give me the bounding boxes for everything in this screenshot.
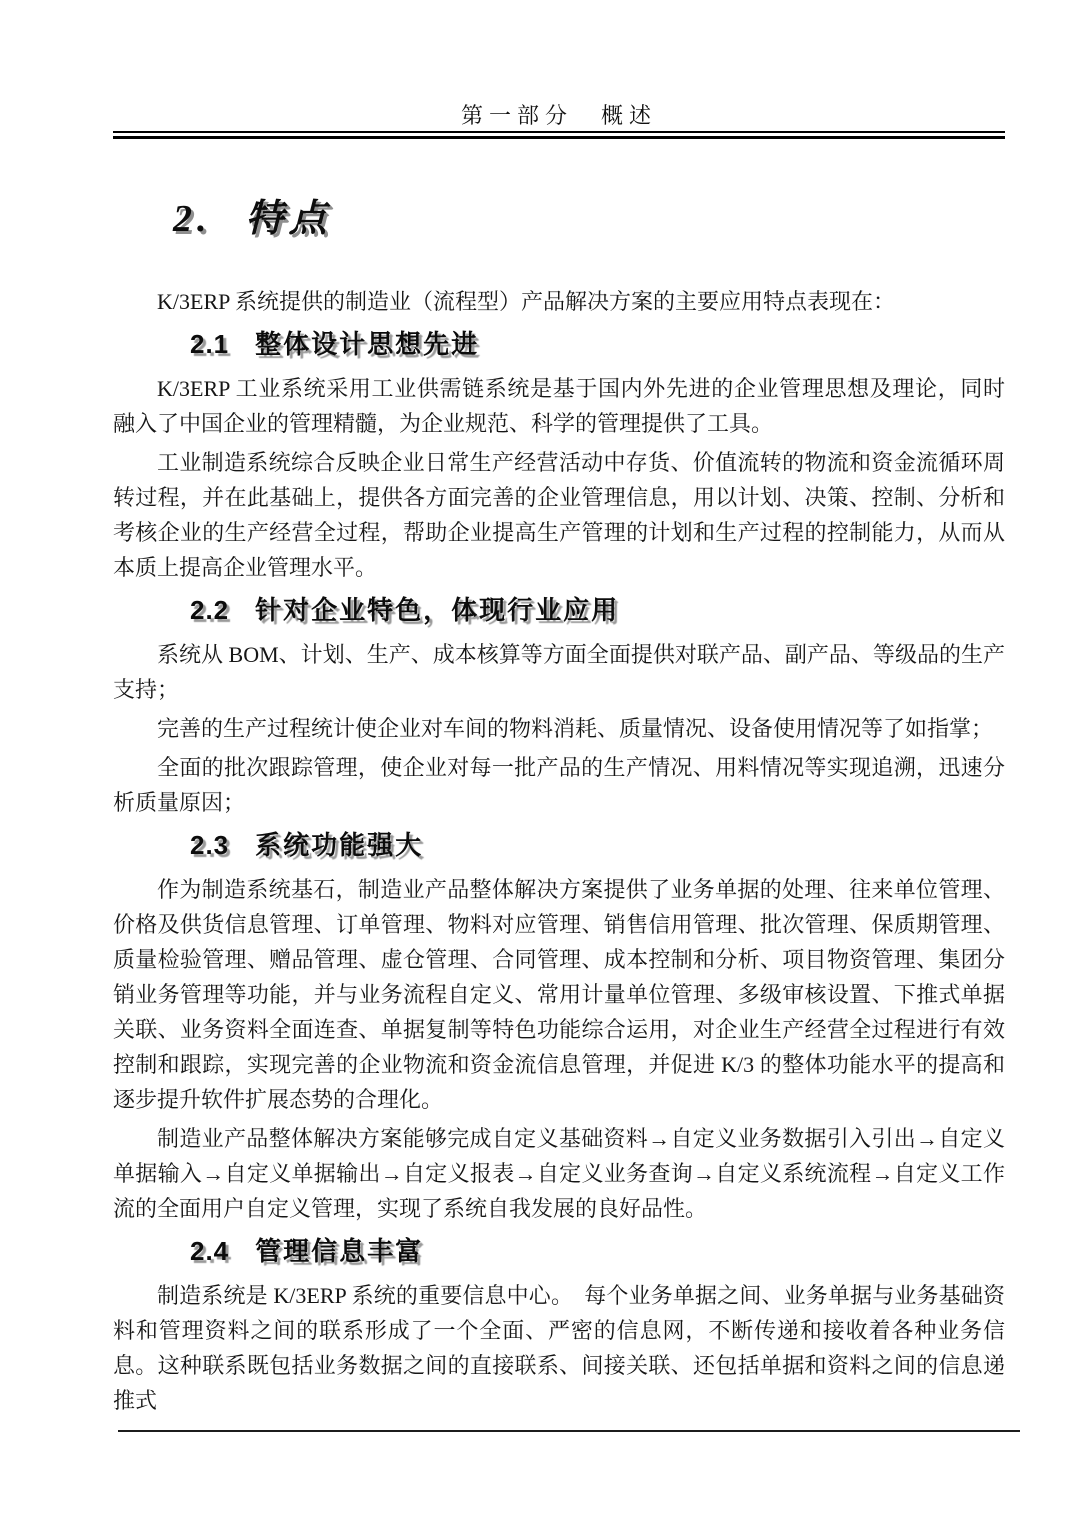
paragraph: 系统从 BOM、计划、生产、成本核算等方面全面提供对联产品、副产品、等级品的生产… — [113, 637, 1005, 707]
running-header: 第一部分 概述 — [113, 99, 1005, 130]
section-number: 2.4 — [190, 1236, 229, 1266]
chapter-title-text: 特点 — [246, 198, 332, 240]
paragraph: 制造系统是 K/3ERP 系统的重要信息中心。 每个业务单据之间、业务单据与业务… — [113, 1278, 1005, 1418]
header-double-rule — [113, 131, 1005, 139]
paragraph: 全面的批次跟踪管理，使企业对每一批产品的生产情况、用料情况等实现追溯，迅速分析质… — [113, 750, 1005, 820]
section-heading-2-4: 2.4管理信息丰富 — [190, 1233, 1005, 1269]
paragraph: 制造业产品整体解决方案能够完成自定义基础资料→自定义业务数据引入引出→自定义单据… — [113, 1121, 1005, 1226]
section-heading-2-3: 2.3系统功能强大 — [190, 827, 1005, 863]
document-body: K/3ERP 系统提供的制造业（流程型）产品解决方案的主要应用特点表现在： 2.… — [113, 284, 1005, 1422]
section-title: 针对企业特色，体现行业应用 — [255, 595, 619, 625]
paragraph: 工业制造系统综合反映企业日常生产经营活动中存货、价值流转的物流和资金流循环周转过… — [113, 445, 1005, 585]
chapter-title: 2.特点 — [173, 197, 332, 241]
section-number: 2.2 — [190, 595, 229, 625]
footer-rule — [118, 1430, 1020, 1432]
section-title: 管理信息丰富 — [255, 1236, 423, 1266]
chapter-number: 2. — [173, 198, 212, 240]
intro-paragraph: K/3ERP 系统提供的制造业（流程型）产品解决方案的主要应用特点表现在： — [113, 284, 1005, 319]
section-heading-2-2: 2.2针对企业特色，体现行业应用 — [190, 592, 1005, 628]
paragraph: 作为制造系统基石，制造业产品整体解决方案提供了业务单据的处理、往来单位管理、价格… — [113, 872, 1005, 1117]
section-number: 2.3 — [190, 830, 229, 860]
section-number: 2.1 — [190, 329, 229, 359]
paragraph: K/3ERP 工业系统采用工业供需链系统是基于国内外先进的企业管理思想及理论，同… — [113, 371, 1005, 441]
section-heading-2-1: 2.1整体设计思想先进 — [190, 326, 1005, 362]
paragraph: 完善的生产过程统计使企业对车间的物料消耗、质量情况、设备使用情况等了如指掌； — [113, 711, 1005, 746]
section-title: 系统功能强大 — [255, 830, 423, 860]
document-page: 第一部分 概述 2.特点 K/3ERP 系统提供的制造业（流程型）产品解决方案的… — [0, 0, 1087, 1536]
section-title: 整体设计思想先进 — [255, 329, 479, 359]
